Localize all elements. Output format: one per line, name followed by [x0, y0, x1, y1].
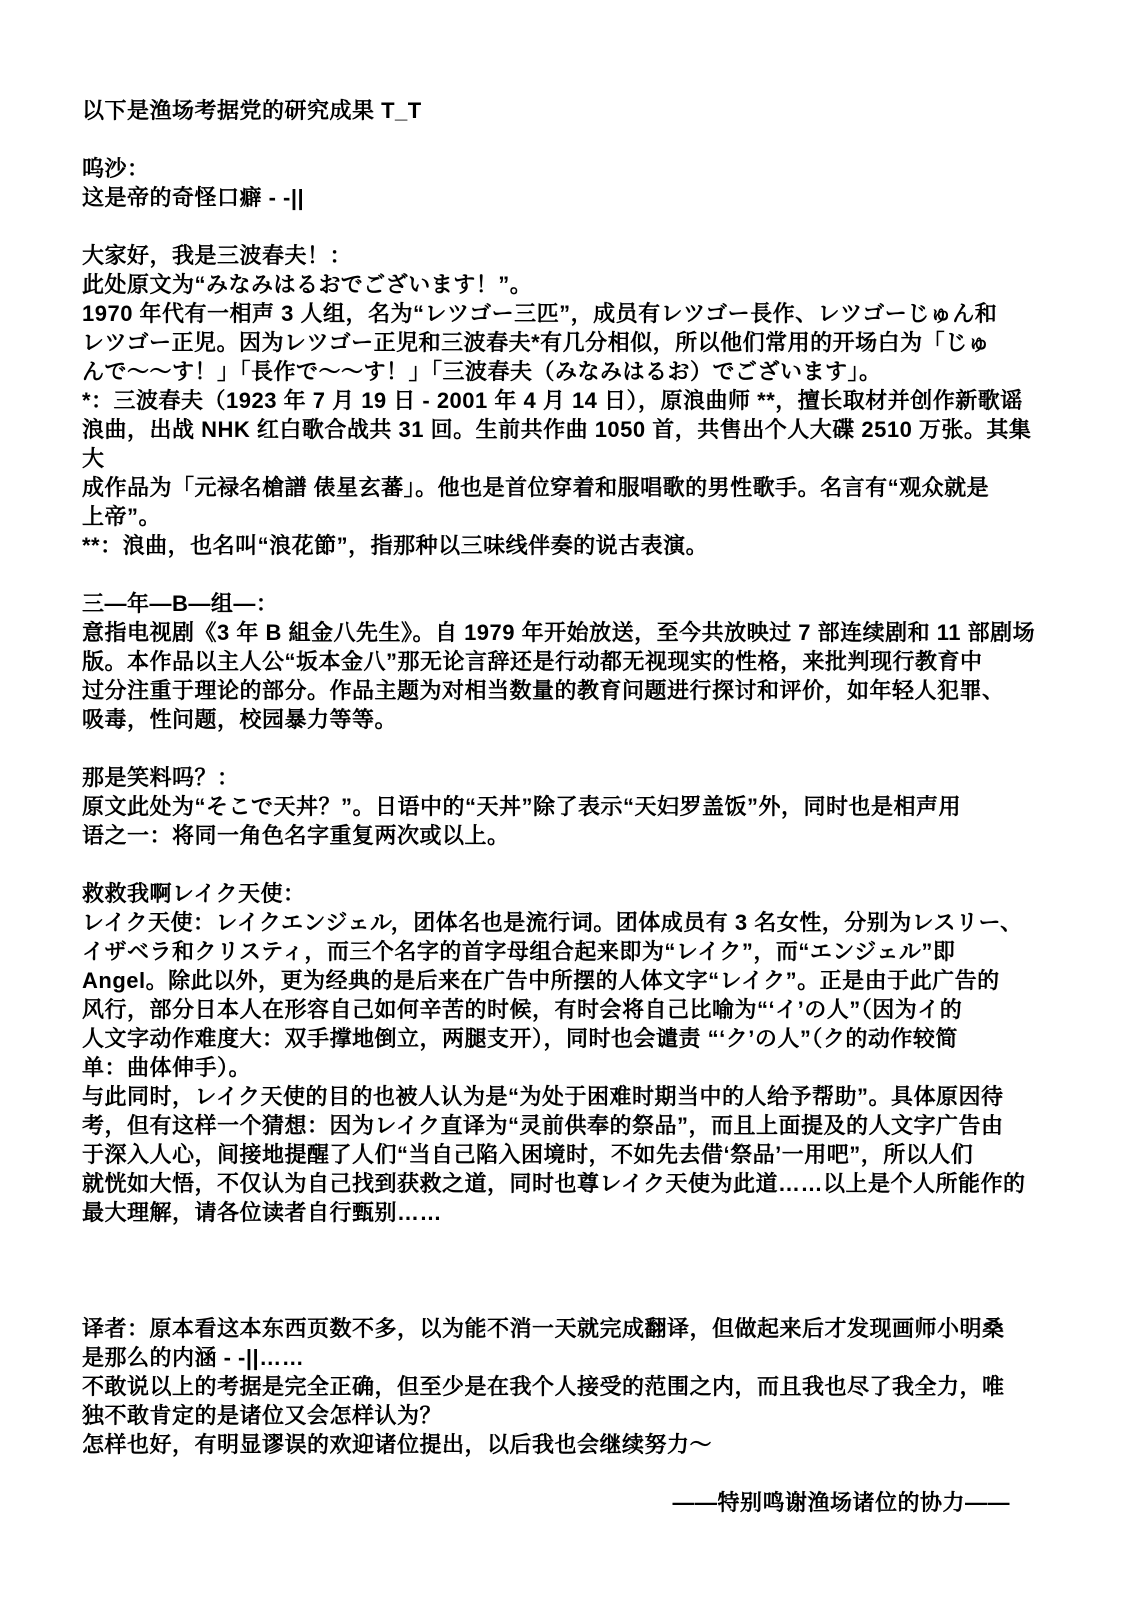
- text-line: 人文字动作难度大：双手撑地倒立，两腿支开），同时也会谴责 “‘ク’の人”（ク的动…: [82, 1024, 1040, 1053]
- section-tendon-joke: 那是笑料吗？： 原文此处为“そこで天丼？”。日语中的“天丼”除了表示“天妇罗盖饭…: [82, 763, 1040, 850]
- text-line: 意指电视剧《3 年 B 組金八先生》。自 1979 年开始放送，至今共放映过 7…: [82, 618, 1040, 647]
- footnote-line: **：浪曲，也名叫“浪花節”，指那种以三味线伴奏的说古表演。: [82, 531, 1040, 560]
- text-line: 不敢说以上的考据是完全正确，但至少是在我个人接受的范围之内，而且我也尽了我全力，…: [82, 1372, 1040, 1401]
- text-line: 于深入人心，间接地提醒了人们“当自己陷入困境时，不如先去借‘祭品’一用吧”，所以…: [82, 1140, 1040, 1169]
- text-line: レツゴー正児。因为レツゴー正児和三波春夫*有几分相似，所以他们常用的开场白为「じ…: [82, 328, 1040, 357]
- footnote-line: *：三波春夫（1923 年 7 月 19 日 - 2001 年 4 月 14 日…: [82, 386, 1040, 415]
- text-line: 就恍如大悟，不仅认为自己找到获救之道，同时也尊レイク天使为此道……以上是个人所能…: [82, 1169, 1040, 1198]
- section-wusha: 呜沙： 这是帝的奇怪口癖 - -||: [82, 154, 1040, 212]
- text-line: レイク天使：レイクエンジェル，团体名也是流行词。团体成员有 3 名女性，分别为レ…: [82, 908, 1040, 937]
- text-line: Angel。除此以外，更为经典的是后来在广告中所摆的人体文字“レイク”。正是由于…: [82, 966, 1040, 995]
- text-line: 语之一：将同一角色名字重复两次或以上。: [82, 821, 1040, 850]
- text-line: 考，但有这样一个猜想：因为レイク直译为“灵前供奉的祭品”，而且上面提及的人文字广…: [82, 1111, 1040, 1140]
- footnote-line: 成作品为「元禄名槍譜 俵星玄蕃」。他也是首位穿着和服唱歌的男性歌手。名言有“观众…: [82, 473, 1040, 502]
- footnote-line: 浪曲，出战 NHK 红白歌合战共 31 回。生前共作曲 1050 首，共售出个人…: [82, 415, 1040, 473]
- text-line: んで～～す！」「長作で～～す！」「三波春夫（みなみはるお）でございます」。: [82, 357, 1040, 386]
- text-line: 独不敢肯定的是诸位又会怎样认为？: [82, 1401, 1040, 1430]
- text-line: 这是帝的奇怪口癖 - -||: [82, 183, 1040, 212]
- text-line: 版。本作品以主人公“坂本金八”那无论言辞还是行动都无视现实的性格，来批判现行教育…: [82, 647, 1040, 676]
- translator-note: 译者：原本看这本东西页数不多，以为能不消一天就完成翻译，但做起来后才发现画师小明…: [82, 1314, 1040, 1459]
- section-3nen-b-gumi: 三—年—B—组—： 意指电视剧《3 年 B 組金八先生》。自 1979 年开始放…: [82, 589, 1040, 734]
- footnote-line: 上帝”。: [82, 502, 1040, 531]
- text-line: 是那么的内涵 - -||……: [82, 1343, 1040, 1372]
- section-lake-angel: 救救我啊レイク天使： レイク天使：レイクエンジェル，团体名也是流行词。团体成员有…: [82, 879, 1040, 1227]
- text-line: 单：曲体伸手）。: [82, 1053, 1040, 1082]
- page-heading: 以下是渔场考据党的研究成果 T_T: [82, 96, 1040, 125]
- section-title: 呜沙：: [82, 154, 1040, 183]
- text-line: 吸毒，性问题，校园暴力等等。: [82, 705, 1040, 734]
- text-line: 风行，部分日本人在形容自己如何辛苦的时候，有时会将自己比喻为“‘イ’の人”（因为…: [82, 995, 1040, 1024]
- text-line: 译者：原本看这本东西页数不多，以为能不消一天就完成翻译，但做起来后才发现画师小明…: [82, 1314, 1040, 1343]
- text-line: 与此同时，レイク天使的目的也被人认为是“为处于困难时期当中的人给予帮助”。具体原…: [82, 1082, 1040, 1111]
- text-line: イザベラ和クリスティ，而三个名字的首字母组合起来即为“レイク”，而“エンジェル”…: [82, 937, 1040, 966]
- section-title: 大家好，我是三波春夫！：: [82, 241, 1040, 270]
- section-minami-haruo: 大家好，我是三波春夫！： 此处原文为“みなみはるおでございます！”。 1970 …: [82, 241, 1040, 560]
- section-title: 三—年—B—组—：: [82, 589, 1040, 618]
- document-page: 以下是渔场考据党的研究成果 T_T 呜沙： 这是帝的奇怪口癖 - -|| 大家好…: [0, 0, 1123, 1600]
- text-line: 最大理解，请各位读者自行甄别……: [82, 1198, 1040, 1227]
- acknowledgement-line: ——特别鸣谢渔场诸位的协力——: [82, 1488, 1040, 1517]
- text-line: 原文此处为“そこで天丼？”。日语中的“天丼”除了表示“天妇罗盖饭”外，同时也是相…: [82, 792, 1040, 821]
- section-title: 救救我啊レイク天使：: [82, 879, 1040, 908]
- text-line: 此处原文为“みなみはるおでございます！”。: [82, 270, 1040, 299]
- text-line: 1970 年代有一相声 3 人组，名为“レツゴー三匹”，成员有レツゴー長作、レツ…: [82, 299, 1040, 328]
- text-line: 过分注重于理论的部分。作品主题为对相当数量的教育问题进行探讨和评价，如年轻人犯罪…: [82, 676, 1040, 705]
- text-line: 怎样也好，有明显谬误的欢迎诸位提出，以后我也会继续努力～: [82, 1430, 1040, 1459]
- section-title: 那是笑料吗？：: [82, 763, 1040, 792]
